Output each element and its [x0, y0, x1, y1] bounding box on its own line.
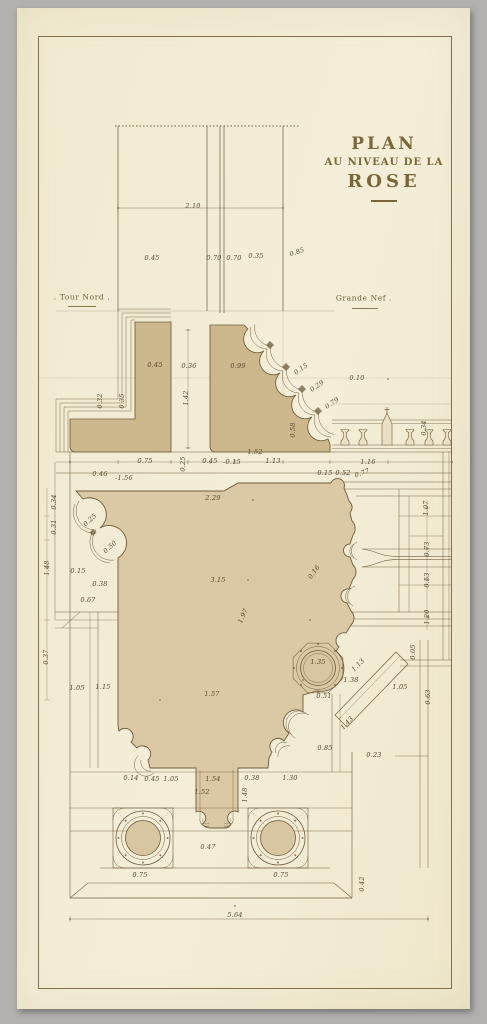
dimension-label: 3.15	[210, 576, 225, 584]
dimension-label: 0.31	[50, 519, 58, 534]
dimension-label: 0.58	[289, 422, 297, 437]
dimension-label: 0.75	[273, 871, 288, 879]
dimension-label: -0.15	[223, 458, 241, 466]
dimension-label: 0.35	[118, 393, 126, 408]
dimension-label: 0.35	[248, 252, 263, 260]
dimension-label: 0.25	[179, 456, 187, 471]
dimension-label: 0.75	[132, 871, 147, 879]
dimension-label: 1.07	[422, 500, 430, 515]
dimension-label: 1.05	[69, 684, 84, 692]
dimension-label: 1.16	[360, 458, 375, 466]
dimension-label: 0.79	[323, 395, 340, 410]
dimension-label: 0.52	[335, 469, 350, 477]
dimension-label: 1.48	[43, 560, 51, 575]
dimension-label: 2.29	[205, 494, 220, 502]
dimension-label: 0.75	[137, 457, 152, 465]
dimension-label: 0.16	[306, 563, 321, 580]
dimension-label: 0.70	[206, 254, 221, 262]
dimension-label: 0.45	[202, 457, 217, 465]
dimension-label: 1.54	[205, 775, 220, 783]
dimension-label: 1.05	[163, 775, 178, 783]
drawing-sheet-stage: PLAN AU NIVEAU DE LA ROSE . Tour Nord . …	[0, 0, 487, 1024]
dimension-label: 0.15	[317, 469, 332, 477]
dimension-label: 0.15	[292, 361, 309, 376]
dimension-label: 0.45	[144, 254, 159, 262]
dimension-label: 0.14	[123, 774, 138, 782]
dimension-label: 0.50	[102, 539, 119, 555]
dimension-label: 0.34	[420, 420, 428, 435]
dimension-label: 0.37	[42, 649, 50, 664]
dimension-label: 0.99	[230, 362, 245, 370]
dimension-label: 0.10	[349, 374, 364, 382]
dimension-label: 0.36	[181, 362, 196, 370]
dimension-label: 1.97	[236, 607, 250, 624]
dimension-label: 0.51	[316, 692, 331, 700]
dimension-label: 0.63	[424, 689, 432, 704]
dimension-label: 1.38	[343, 676, 358, 684]
dimension-label: 0.70	[226, 254, 241, 262]
dimension-label: 1.42	[182, 390, 190, 405]
dimension-label: 0.85	[288, 246, 305, 259]
dimension-label: 1.05	[392, 683, 407, 691]
dimension-label: 5.64	[227, 911, 242, 919]
dimension-label: 0.34	[50, 494, 58, 509]
dimension-label: 0.42	[358, 876, 366, 891]
dimension-label: 1.52	[194, 788, 209, 796]
dimension-label: 1.48	[241, 787, 249, 802]
dimension-label: 0.23	[366, 751, 381, 759]
dimension-label: 0.67	[80, 596, 95, 604]
dimension-label: 0.77	[353, 467, 370, 480]
annotations-layer: 2.100.450.700.700.350.850.450.990.361.42…	[0, 0, 487, 1024]
dimension-label: 0.53	[423, 572, 431, 587]
dimension-label: 1.30	[282, 774, 297, 782]
dimension-label: 0.15	[70, 567, 85, 575]
dimension-label: 0.32	[96, 393, 104, 408]
dimension-label: 0.47	[200, 843, 215, 851]
dimension-label: 0.38	[244, 774, 259, 782]
dimension-label: 1.20	[423, 609, 431, 624]
dimension-label: 0.38	[92, 580, 107, 588]
dimension-label: 1.13	[265, 457, 280, 465]
dimension-label: 0.05	[409, 644, 417, 659]
dimension-label: 0.25	[82, 512, 99, 528]
dimension-label: 1.43	[339, 715, 355, 732]
dimension-label: 0.46	[92, 470, 107, 478]
dimension-label: 1.15	[95, 683, 110, 691]
dimension-label: 1.13	[350, 657, 366, 673]
dimension-label: 0.45	[144, 775, 159, 783]
dimension-label: 1.35	[310, 658, 325, 666]
dimension-label: 2.10	[185, 202, 200, 210]
dimension-label: 0.29	[308, 378, 325, 393]
dimension-label: 0.45	[147, 361, 162, 369]
dimension-label: 1.57	[204, 690, 219, 698]
dimension-label: -1.56	[115, 474, 133, 482]
dimension-label: 1.52	[247, 448, 262, 456]
dimension-label: 0.73	[423, 541, 431, 556]
dimension-label: 0.85	[317, 744, 332, 752]
